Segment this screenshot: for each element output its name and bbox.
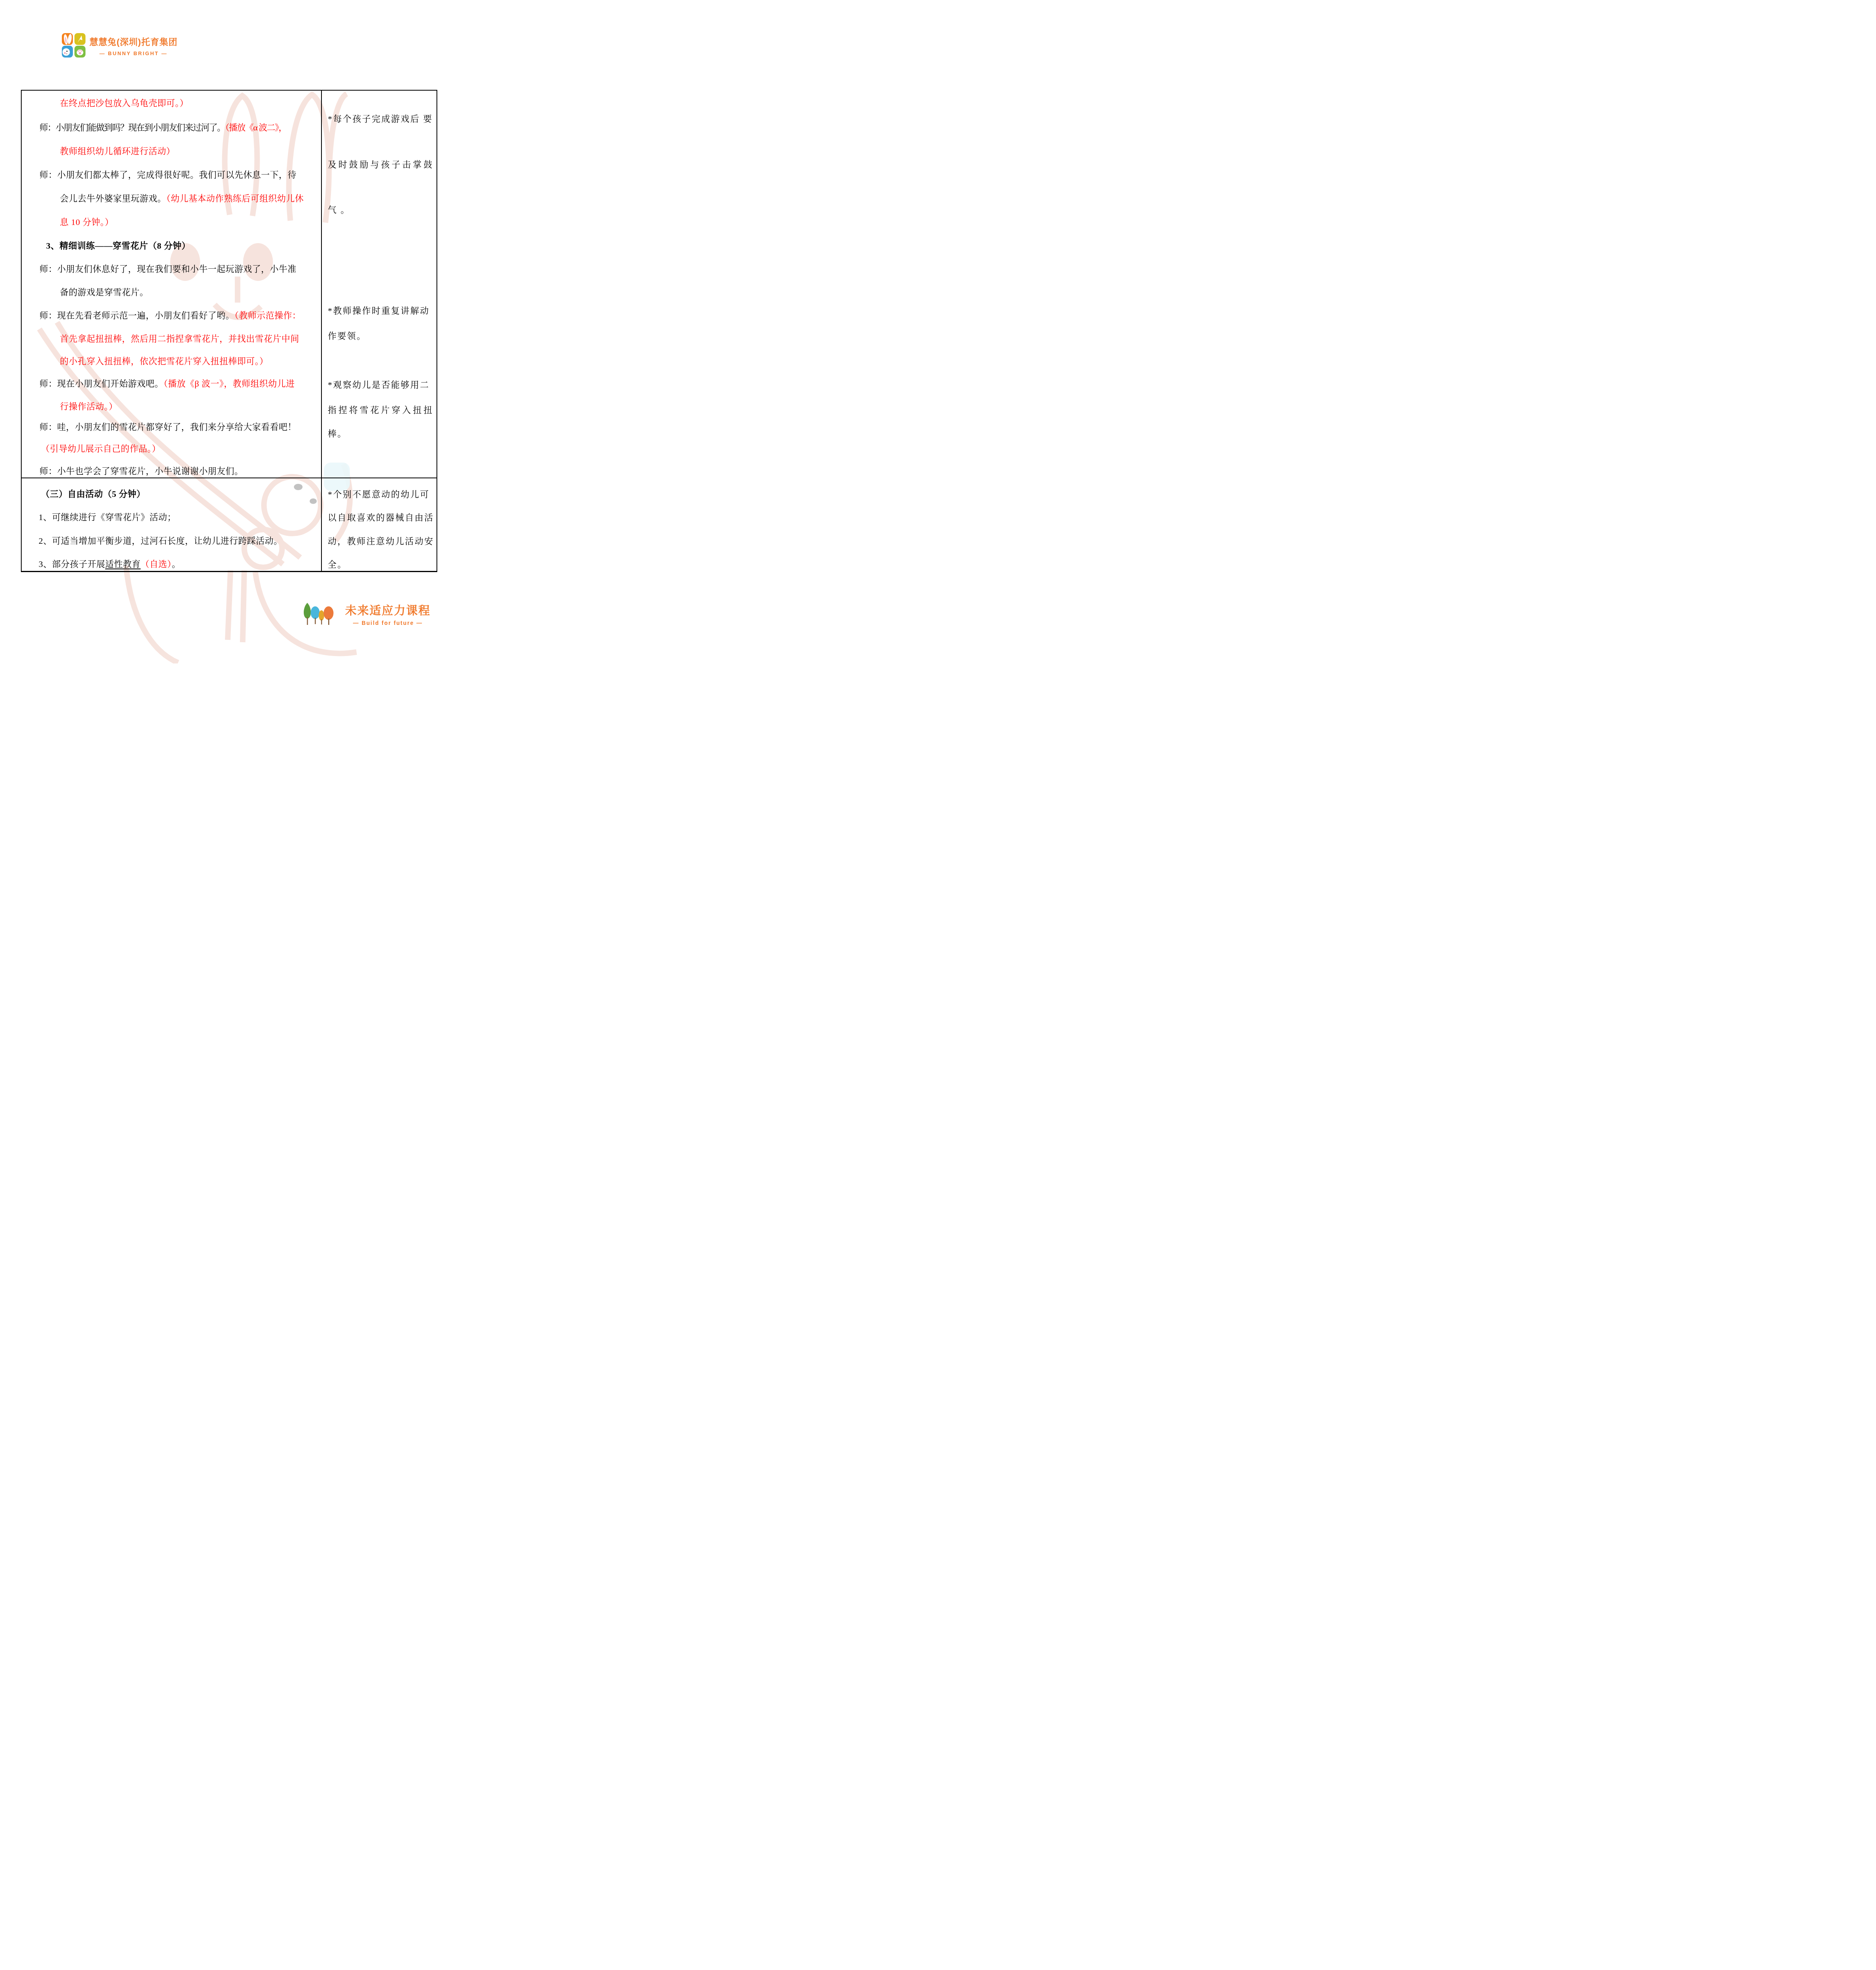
brand-title: 慧慧兔(深圳)托育集团 [89, 33, 178, 48]
document-page: 慧慧兔(深圳)托育集团 — BUNNY BRIGHT — 在终点把沙包放入乌龟壳… [0, 0, 469, 663]
brand-text-block: 慧慧兔(深圳)托育集团 — BUNNY BRIGHT — [89, 33, 178, 58]
footer-text-block: 未来适应力课程 — Build for future — [345, 602, 431, 626]
note-line: *每个孩子完成游戏后 要 [322, 113, 442, 125]
note-line: *教师操作时重复讲解动 [322, 305, 442, 317]
note-line: 全。 [322, 559, 442, 571]
header-logo: 慧慧兔(深圳)托育集团 — BUNNY BRIGHT — [62, 33, 178, 58]
section-heading: 3、精细训练——穿雪花片（8 分钟） [22, 240, 345, 252]
note-line: *个别不愿意动的幼儿可 [322, 489, 442, 500]
note-line: 作要领。 [322, 330, 442, 342]
footer-title: 未来适应力课程 [345, 602, 431, 618]
bunny-bright-logo-icon [62, 33, 85, 58]
script-line: 行操作活动。） [22, 401, 359, 413]
dialog-line: 会儿去牛外婆家里玩游戏。（幼儿基本动作熟练后可组织幼儿休 [22, 193, 359, 204]
table-cell-notes: *每个孩子完成游戏后 要 及时鼓励与孩子击掌鼓 气 。 *教师操作时重复讲解动 … [321, 90, 437, 478]
list-item: 1、可继续进行《穿雪花片》活动； [22, 511, 338, 523]
section-heading: （三）自由活动（5 分钟） [22, 488, 340, 500]
dialog-line: 师：小牛也学会了穿雪花片，小牛说谢谢小朋友们。 [22, 465, 339, 477]
dialog-line: 师：现在小朋友们开始游戏吧。（播放《β 波一》，教师组织幼儿进 [22, 378, 339, 390]
note-line: 以自取喜欢的器械自由活 [322, 512, 442, 524]
note-line: 指捏将雪花片穿入扭扭 [322, 404, 442, 416]
script-line: 息 10 分钟。） [22, 216, 359, 228]
dialog-line: 师：小朋友们都太棒了，完成得很好呢。我们可以先休息一下，待 [22, 169, 339, 181]
note-line: 及时鼓励与孩子击掌鼓 [322, 159, 442, 171]
note-line: 棒。 [322, 428, 442, 440]
dialog-line: 师：小朋友们能做到吗？现在到小朋友们来过河了。（播放《α 波二》， [22, 122, 339, 134]
note-line: 气 。 [322, 204, 442, 216]
table-cell-main: 在终点把沙包放入乌龟壳即可。） 师：小朋友们能做到吗？现在到小朋友们来过河了。（… [21, 90, 321, 478]
script-line: 的小孔穿入扭扭棒，依次把雪花片穿入扭扭棒即可。） [22, 355, 359, 367]
dialog-line: 师：小朋友们休息好了，现在我们要和小牛一起玩游戏了，小牛准 [22, 263, 339, 275]
script-line: 首先拿起扭扭棒，然后用二指捏拿雪花片，并找出雪花片中间 [22, 333, 359, 345]
note-line: 动，教师注意幼儿活动安 [322, 535, 442, 547]
dialog-line: 备的游戏是穿雪花片。 [22, 286, 359, 298]
script-line: 教师组织幼儿循环进行活动） [22, 145, 359, 157]
table-cell-free-activity-notes: *个别不愿意动的幼儿可 以自取喜欢的器械自由活 动，教师注意幼儿活动安 全。 [321, 478, 437, 572]
brand-subtitle: — BUNNY BRIGHT — [89, 50, 178, 56]
list-item: 2、可适当增加平衡步道，过河石长度，让幼儿进行跨踩活动。 [22, 535, 338, 547]
dialog-line: 师：哇，小朋友们的雪花片都穿好了，我们来分享给大家看看吧！ [22, 421, 339, 433]
footer-logo: 未来适应力课程 — Build for future — [303, 602, 431, 627]
table-cell-free-activity: （三）自由活动（5 分钟） 1、可继续进行《穿雪花片》活动； 2、可适当增加平衡… [21, 478, 321, 572]
footer-subtitle: — Build for future — [345, 620, 431, 626]
script-line: （引导幼儿展示自己的作品。） [22, 443, 340, 455]
note-line: *观察幼儿是否能够用二 [322, 379, 442, 391]
dialog-line: 师：现在先看老师示范一遍，小朋友们看好了哟。（教师示范操作： [22, 310, 339, 322]
trees-logo-icon [303, 602, 340, 627]
lesson-table: 在终点把沙包放入乌龟壳即可。） 师：小朋友们能做到吗？现在到小朋友们来过河了。（… [21, 90, 437, 572]
script-line: 在终点把沙包放入乌龟壳即可。） [22, 97, 359, 109]
list-item: 3、部分孩子开展适性教育（自选）。 [22, 558, 338, 570]
